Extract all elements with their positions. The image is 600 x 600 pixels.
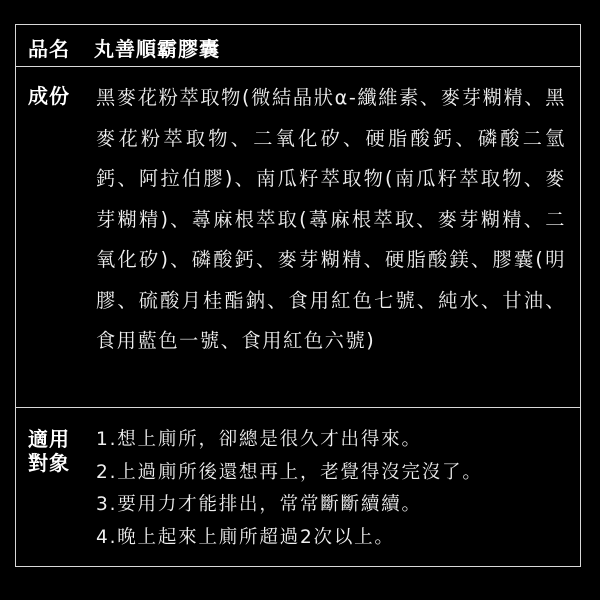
product-name-label: 品名 (28, 33, 70, 62)
target-audience-list: 1.想上廁所，卻總是很久才出得來。 2.上過廁所後還想再上，老覺得沒完沒了。 3… (96, 424, 483, 554)
ingredients-row: 成份 黑麥花粉萃取物(微結晶狀α-纖維素、麥芽糊精、黑麥花粉萃取物、二氧化矽、硬… (16, 66, 580, 408)
target-audience-row: 適用對象 1.想上廁所，卻總是很久才出得來。 2.上過廁所後還想再上，老覺得沒完… (16, 407, 580, 566)
target-audience-label: 適用對象 (28, 427, 80, 475)
ingredients-text: 黑麥花粉萃取物(微結晶狀α-纖維素、麥芽糊精、黑麥花粉萃取物、二氧化矽、硬脂酸鈣… (96, 78, 566, 362)
target-item: 4.晚上起來上廁所超過2次以上。 (96, 522, 483, 555)
ingredients-label: 成份 (28, 80, 70, 109)
product-name-value: 丸善順霸膠囊 (94, 33, 220, 62)
product-info-table: 品名 丸善順霸膠囊 成份 黑麥花粉萃取物(微結晶狀α-纖維素、麥芽糊精、黑麥花粉… (15, 24, 581, 567)
product-name-row: 品名 丸善順霸膠囊 (16, 25, 580, 67)
target-item: 3.要用力才能排出，常常斷斷續續。 (96, 489, 483, 522)
target-item: 2.上過廁所後還想再上，老覺得沒完沒了。 (96, 457, 483, 490)
target-item: 1.想上廁所，卻總是很久才出得來。 (96, 424, 483, 457)
